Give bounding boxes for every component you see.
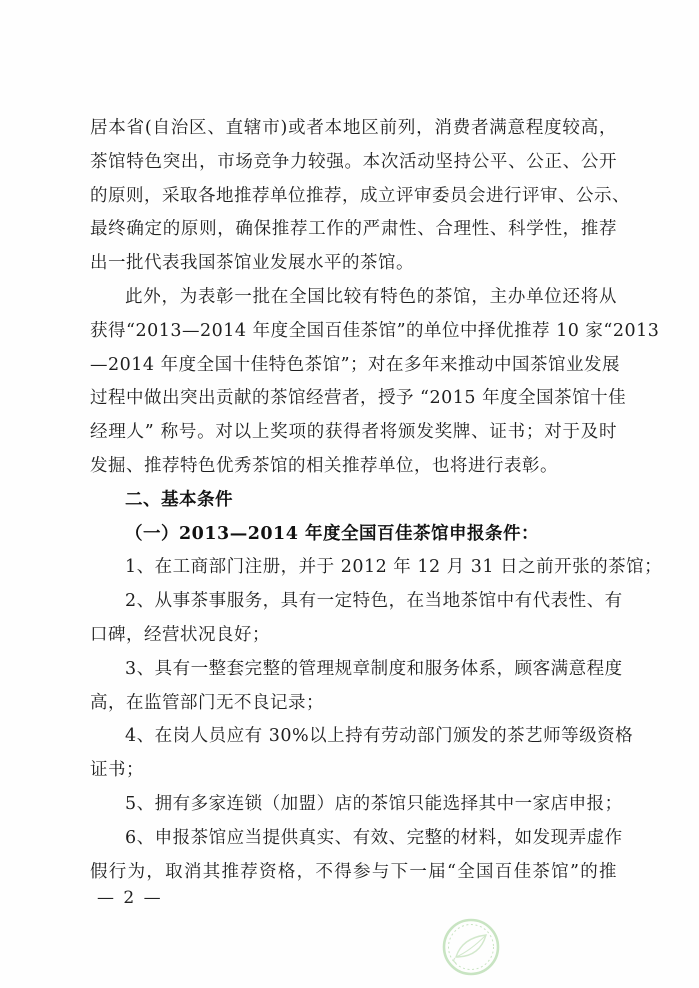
text-line: （一）2013—2014 年度全国百佳茶馆申报条件： bbox=[90, 518, 617, 552]
text-line: 居本省(自治区、直辖市)或者本地区前列，消费者满意程度较高， bbox=[90, 112, 617, 146]
text-line: —2014 年度全国十佳特色茶馆”；对在多年来推动中国茶馆业发展 bbox=[90, 349, 617, 383]
text-line: 茶馆特色突出，市场竞争力较强。本次活动坚持公平、公正、公开 bbox=[90, 146, 617, 180]
text-line: 最终确定的原则，确保推荐工作的严肃性、合理性、科学性，推荐 bbox=[90, 213, 617, 247]
text-line: 高，在监管部门无不良记录； bbox=[90, 687, 617, 721]
text-line: 口碑，经营状况良好； bbox=[90, 619, 617, 653]
text-line: 假行为，取消其推荐资格，不得参与下一届“全国百佳茶馆”的推 bbox=[90, 856, 617, 890]
document-body: 居本省(自治区、直辖市)或者本地区前列，消费者满意程度较高，茶馆特色突出，市场竞… bbox=[90, 112, 617, 889]
document-page: 居本省(自治区、直辖市)或者本地区前列，消费者满意程度较高，茶馆特色突出，市场竞… bbox=[0, 0, 699, 988]
text-line: 过程中做出突出贡献的茶馆经营者，授予 “2015 年度全国茶馆十佳 bbox=[90, 382, 617, 416]
text-line: 发掘、推荐特色优秀茶馆的相关推荐单位，也将进行表彰。 bbox=[90, 450, 617, 484]
leaf-stamp-icon bbox=[442, 918, 500, 976]
text-line: 经理人” 称号。对以上奖项的获得者将颁发奖牌、证书；对于及时 bbox=[90, 416, 617, 450]
text-line: 证书； bbox=[90, 754, 617, 788]
text-line: 2、从事茶事服务，具有一定特色，在当地茶馆中有代表性、有 bbox=[90, 585, 617, 619]
leaf-stamp-watermark bbox=[442, 918, 500, 976]
text-line: 此外，为表彰一批在全国比较有特色的茶馆，主办单位还将从 bbox=[90, 281, 617, 315]
text-line: 1、在工商部门注册，并于 2012 年 12 月 31 日之前开张的茶馆； bbox=[90, 551, 617, 585]
text-line: 3、具有一整套完整的管理规章制度和服务体系，顾客满意程度 bbox=[90, 653, 617, 687]
text-line: 6、申报茶馆应当提供真实、有效、完整的材料，如发现弄虚作 bbox=[90, 822, 617, 856]
text-line: 5、拥有多家连锁（加盟）店的茶馆只能选择其中一家店申报； bbox=[90, 788, 617, 822]
text-line: 获得“2013—2014 年度全国百佳茶馆”的单位中择优推荐 10 家“2013 bbox=[90, 315, 617, 349]
text-line: 二、基本条件 bbox=[90, 484, 617, 518]
page-number: — 2 — bbox=[97, 888, 163, 908]
text-line: 4、在岗人员应有 30%以上持有劳动部门颁发的茶艺师等级资格 bbox=[90, 720, 617, 754]
text-line: 出一批代表我国茶馆业发展水平的茶馆。 bbox=[90, 247, 617, 281]
text-line: 的原则，采取各地推荐单位推荐，成立评审委员会进行评审、公示、 bbox=[90, 180, 617, 214]
